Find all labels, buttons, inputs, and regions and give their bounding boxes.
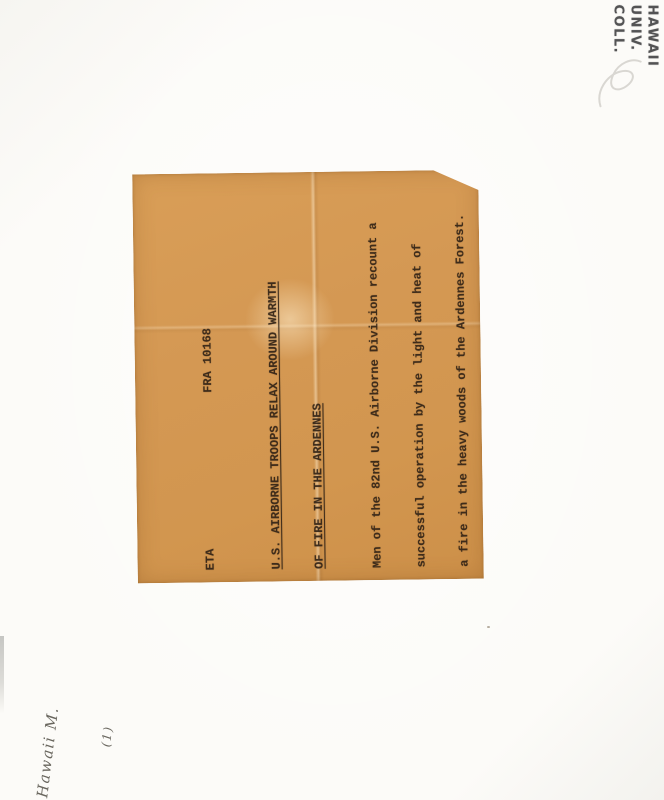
caption-title: OF FIRE IN THE ARDENNES	[307, 183, 327, 569]
scan-edge-artifact	[0, 636, 4, 714]
caption-line: tripping the Wehrmacht's drive since Dec…	[583, 179, 603, 565]
caption-header-line: ETA FRA 10168	[198, 184, 218, 570]
caption-line: a fire in the heavy woods of the Ardenne…	[452, 181, 472, 567]
handwritten-note: Hawaii M. (1)	[0, 651, 54, 797]
caption-line: Men of the 82nd U.S. Airborne Division r…	[365, 182, 385, 568]
caption-line: These troops are part of the 115 men who…	[496, 180, 516, 566]
scanned-page: HAWAII UNIV. COLL. ETA FRA 10168 U.S. AI…	[0, 0, 664, 800]
pencil-scribble-icon	[586, 43, 657, 122]
caption-line: on Liege. Used in Belgium for the first …	[626, 178, 646, 564]
caption-text-block: ETA FRA 10168 U.S. AIRBORNE TROOPS RELAX…	[154, 171, 664, 571]
handwritten-collection: Hawaii M.	[33, 656, 69, 799]
photo-number: FRA 10168	[200, 328, 215, 393]
handwritten-item-number: (1)	[90, 663, 126, 800]
caption-line: a crossroads west of Regne for 76 hours,…	[539, 180, 559, 566]
scan-speck	[487, 626, 490, 628]
caption-title: U.S. AIRBORNE TROOPS RELAX AROUND WARMTH	[264, 183, 284, 569]
caption-card: ETA FRA 10168 U.S. AIRBORNE TROOPS RELAX…	[132, 170, 484, 584]
caption-line: successful operation by the light and he…	[409, 181, 429, 567]
agency-code: ETA	[203, 549, 218, 571]
